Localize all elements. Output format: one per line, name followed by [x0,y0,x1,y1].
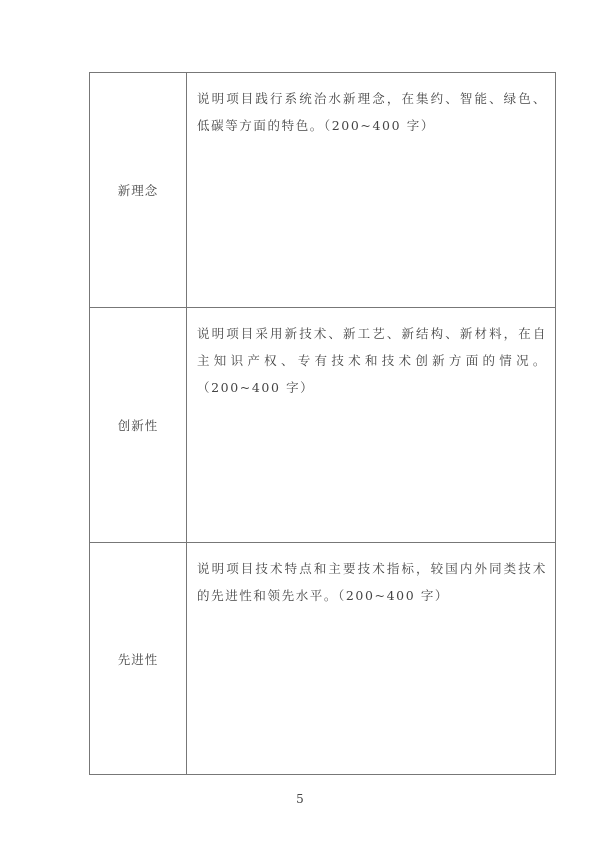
row-description-field[interactable]: 说明项目技术特点和主要技术指标，较国内外同类技术的先进性和领先水平。（200~4… [187,543,555,774]
row-innovation: 创新性 说明项目采用新技术、新工艺、新结构、新材料，在自主知识产权、专有技术和技… [90,307,555,542]
row-advancement: 先进性 说明项目技术特点和主要技术指标，较国内外同类技术的先进性和领先水平。（2… [90,542,555,774]
row-description-field[interactable]: 说明项目践行系统治水新理念，在集约、智能、绿色、低碳等方面的特色。（200~40… [187,73,555,307]
form-table: 新理念 说明项目践行系统治水新理念，在集约、智能、绿色、低碳等方面的特色。（20… [89,72,556,775]
page-number: 5 [0,792,600,806]
row-label: 创新性 [90,308,187,542]
row-label: 新理念 [90,73,187,307]
row-new-concept: 新理念 说明项目践行系统治水新理念，在集约、智能、绿色、低碳等方面的特色。（20… [90,73,555,307]
row-label: 先进性 [90,543,187,774]
row-description-field[interactable]: 说明项目采用新技术、新工艺、新结构、新材料，在自主知识产权、专有技术和技术创新方… [187,308,555,542]
